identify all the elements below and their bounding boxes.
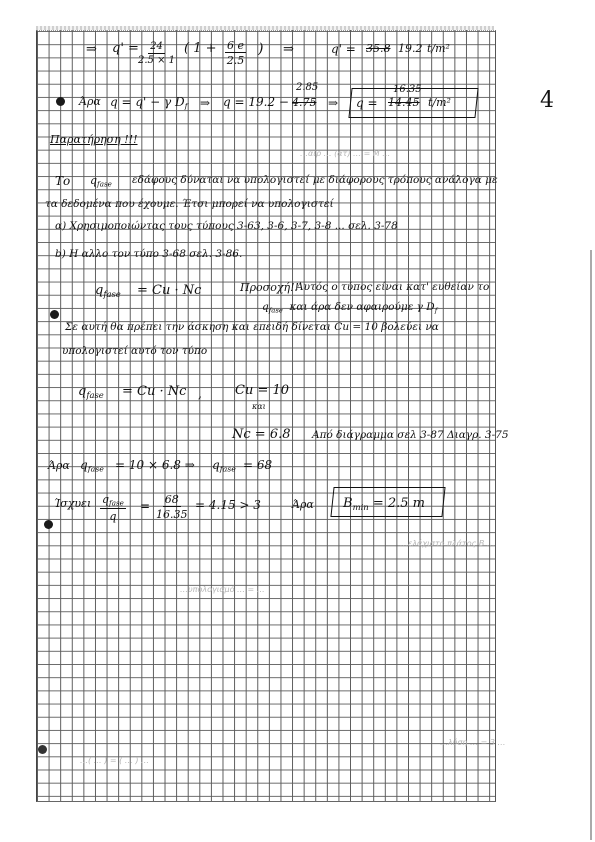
comma: , bbox=[198, 388, 202, 400]
subscript: fase bbox=[103, 289, 120, 299]
scan-edge-shadow bbox=[590, 250, 592, 840]
ratio-result: = 4.15 > 3 bbox=[195, 499, 261, 511]
subscript: fase bbox=[269, 306, 283, 314]
q-symbol: q bbox=[262, 301, 269, 313]
fraction-68-over-16-35: 68 16.35 bbox=[156, 494, 188, 520]
list-item-a: α) Χρησιμοποιώντας τους τύπους 3-63, 3-6… bbox=[55, 221, 398, 232]
paren-close: ) bbox=[258, 42, 263, 56]
paragraph-line: τα δεδομένα που έχουμε. Έτσι μπορεί να υ… bbox=[45, 199, 334, 210]
fraction-qfase-over-q: qfase q bbox=[100, 494, 126, 522]
implies-arrow: ⇒ bbox=[86, 43, 97, 56]
calculation: = 10 × 6.8 ⇒ bbox=[115, 459, 195, 471]
ara-label: Άρα bbox=[48, 460, 70, 471]
q-symbol: q bbox=[212, 458, 220, 472]
bullet-hole bbox=[50, 310, 59, 319]
boxed-correction-value: 16.35 bbox=[393, 85, 422, 95]
fraction-6e-over-2-5: 6 e 2.5 bbox=[225, 40, 246, 66]
q-calc: q = 19.2 − bbox=[223, 96, 289, 108]
q-fase-label: qfase bbox=[78, 385, 104, 399]
list-item-b: b) Η αλλο τον τύπο 3-68 σελ. 3-86. bbox=[55, 249, 242, 260]
attention-note-line: qfase και άρα δεν αφαιρούμε γ Df bbox=[262, 302, 437, 314]
bleed-through-text: …υπολογισμό … = … bbox=[180, 586, 265, 594]
subscript: fase bbox=[220, 465, 236, 474]
text-to: Το bbox=[55, 175, 70, 187]
nc-source-note: Από διάγραμμα σελ 3-87 Διαγρ. 3-75 bbox=[312, 430, 509, 441]
q-fase-label: qfase bbox=[80, 459, 104, 474]
unit-label: t/m² bbox=[427, 43, 450, 54]
note-text: και άρα δεν αφαιρούμε γ D bbox=[290, 301, 435, 313]
q-fase-label: qfase bbox=[212, 459, 236, 474]
bleed-through-text: …ελάχιστο πλάτος Β … bbox=[400, 540, 495, 548]
q-boxed-label: q = bbox=[356, 97, 378, 109]
bullet-hole bbox=[38, 745, 47, 754]
fraction-numerator: qfase bbox=[100, 494, 126, 509]
cu-note: και bbox=[252, 403, 266, 411]
fraction-numerator: 24 bbox=[148, 42, 165, 54]
b-min-value: = 2.5 m bbox=[373, 496, 425, 511]
bleed-through-text: …( … ) = ( … ) … bbox=[80, 757, 149, 765]
scanned-page: ⇒ q' = 24 2.5 × 1 ( 1 + 6 e 2.5 ) ⇒ q' =… bbox=[0, 0, 595, 842]
fraction-denominator: 16.35 bbox=[156, 507, 188, 520]
page-number-mark: 4 bbox=[540, 90, 554, 112]
cu-value: Cu = 10 bbox=[235, 384, 289, 397]
q-equation: q = q' − γ Df bbox=[110, 96, 188, 111]
subscript: fase bbox=[88, 465, 104, 474]
subscript: f bbox=[185, 102, 188, 111]
q-fase-label: qfase bbox=[90, 175, 112, 188]
fraction-numerator: 6 e bbox=[225, 40, 246, 53]
subscript: fase bbox=[97, 180, 112, 189]
condition-label: Ίσχυει bbox=[54, 498, 91, 509]
boxed-struck-value: 14.45 bbox=[388, 97, 420, 108]
q-symbol: q bbox=[102, 493, 109, 506]
nc-value: Nc = 6.8 bbox=[232, 428, 291, 441]
q-prime-value: 19.2 bbox=[398, 43, 423, 54]
q-symbol: q bbox=[90, 174, 97, 187]
bullet-hole bbox=[44, 520, 53, 529]
ara-label: Άρα bbox=[79, 96, 101, 107]
subscript: min bbox=[353, 502, 369, 512]
struck-value: 4.75 bbox=[292, 97, 317, 108]
q-prime-result-label: q' = bbox=[331, 43, 356, 55]
paren-open: ( 1 + bbox=[184, 42, 217, 55]
b-min-result: Bmin = 2.5 m bbox=[343, 497, 425, 511]
equals-sign: = bbox=[140, 500, 150, 512]
formula-rhs: = Cu · Nc bbox=[137, 284, 201, 297]
fraction-denominator: q bbox=[109, 509, 116, 522]
fraction-numerator: 68 bbox=[163, 494, 181, 507]
q-fase-label: qfase bbox=[95, 284, 121, 298]
observation-heading: Παρατήρηση !!! bbox=[50, 134, 138, 145]
subscript: fase bbox=[86, 390, 103, 400]
q-prime-label: q' = bbox=[112, 42, 139, 55]
implies-arrow: ⇒ bbox=[283, 43, 294, 56]
paragraph-line: υπολογιστεί αυτό τον τύπο bbox=[62, 346, 207, 357]
q-eq-text: q = q' − γ D bbox=[110, 95, 185, 109]
q-symbol: q bbox=[80, 458, 88, 472]
b-symbol: B bbox=[343, 496, 353, 511]
implies-arrow: ⇒ bbox=[200, 97, 210, 109]
correction-value: 2.85 bbox=[296, 83, 318, 93]
implies-arrow: ⇒ bbox=[328, 97, 338, 109]
paragraph-line: εδάφους δύναται να υπολογιστεί με διάφορ… bbox=[132, 175, 498, 186]
bullet-hole bbox=[56, 97, 65, 106]
fraction-denominator: 2.5 × 1 bbox=[138, 54, 175, 66]
formula-rhs: = Cu · Nc bbox=[122, 385, 186, 398]
struck-value: 35.8 bbox=[366, 43, 391, 54]
fraction-24-over-2-5: 24 2.5 × 1 bbox=[138, 42, 175, 66]
bleed-through-text: …λύση … = 3 … bbox=[440, 739, 505, 747]
attention-note-title: Προσοχή!! bbox=[240, 282, 299, 293]
ara-label: Άρα bbox=[292, 499, 314, 510]
bleed-through-text: …αίρ … (ατ) … = M … bbox=[300, 150, 390, 158]
paragraph-line: Σε αυτή θα πρέπει την άσκηση και επειδή … bbox=[65, 322, 439, 333]
attention-note-line: Αυτός ο τύπος είναι κατ' ευθείαν το bbox=[296, 282, 489, 293]
subscript: fase bbox=[109, 499, 124, 508]
q-fase-result: = 68 bbox=[243, 459, 272, 471]
unit-label: t/m² bbox=[428, 97, 451, 108]
fraction-denominator: 2.5 bbox=[227, 53, 245, 66]
subscript: f bbox=[435, 306, 438, 314]
